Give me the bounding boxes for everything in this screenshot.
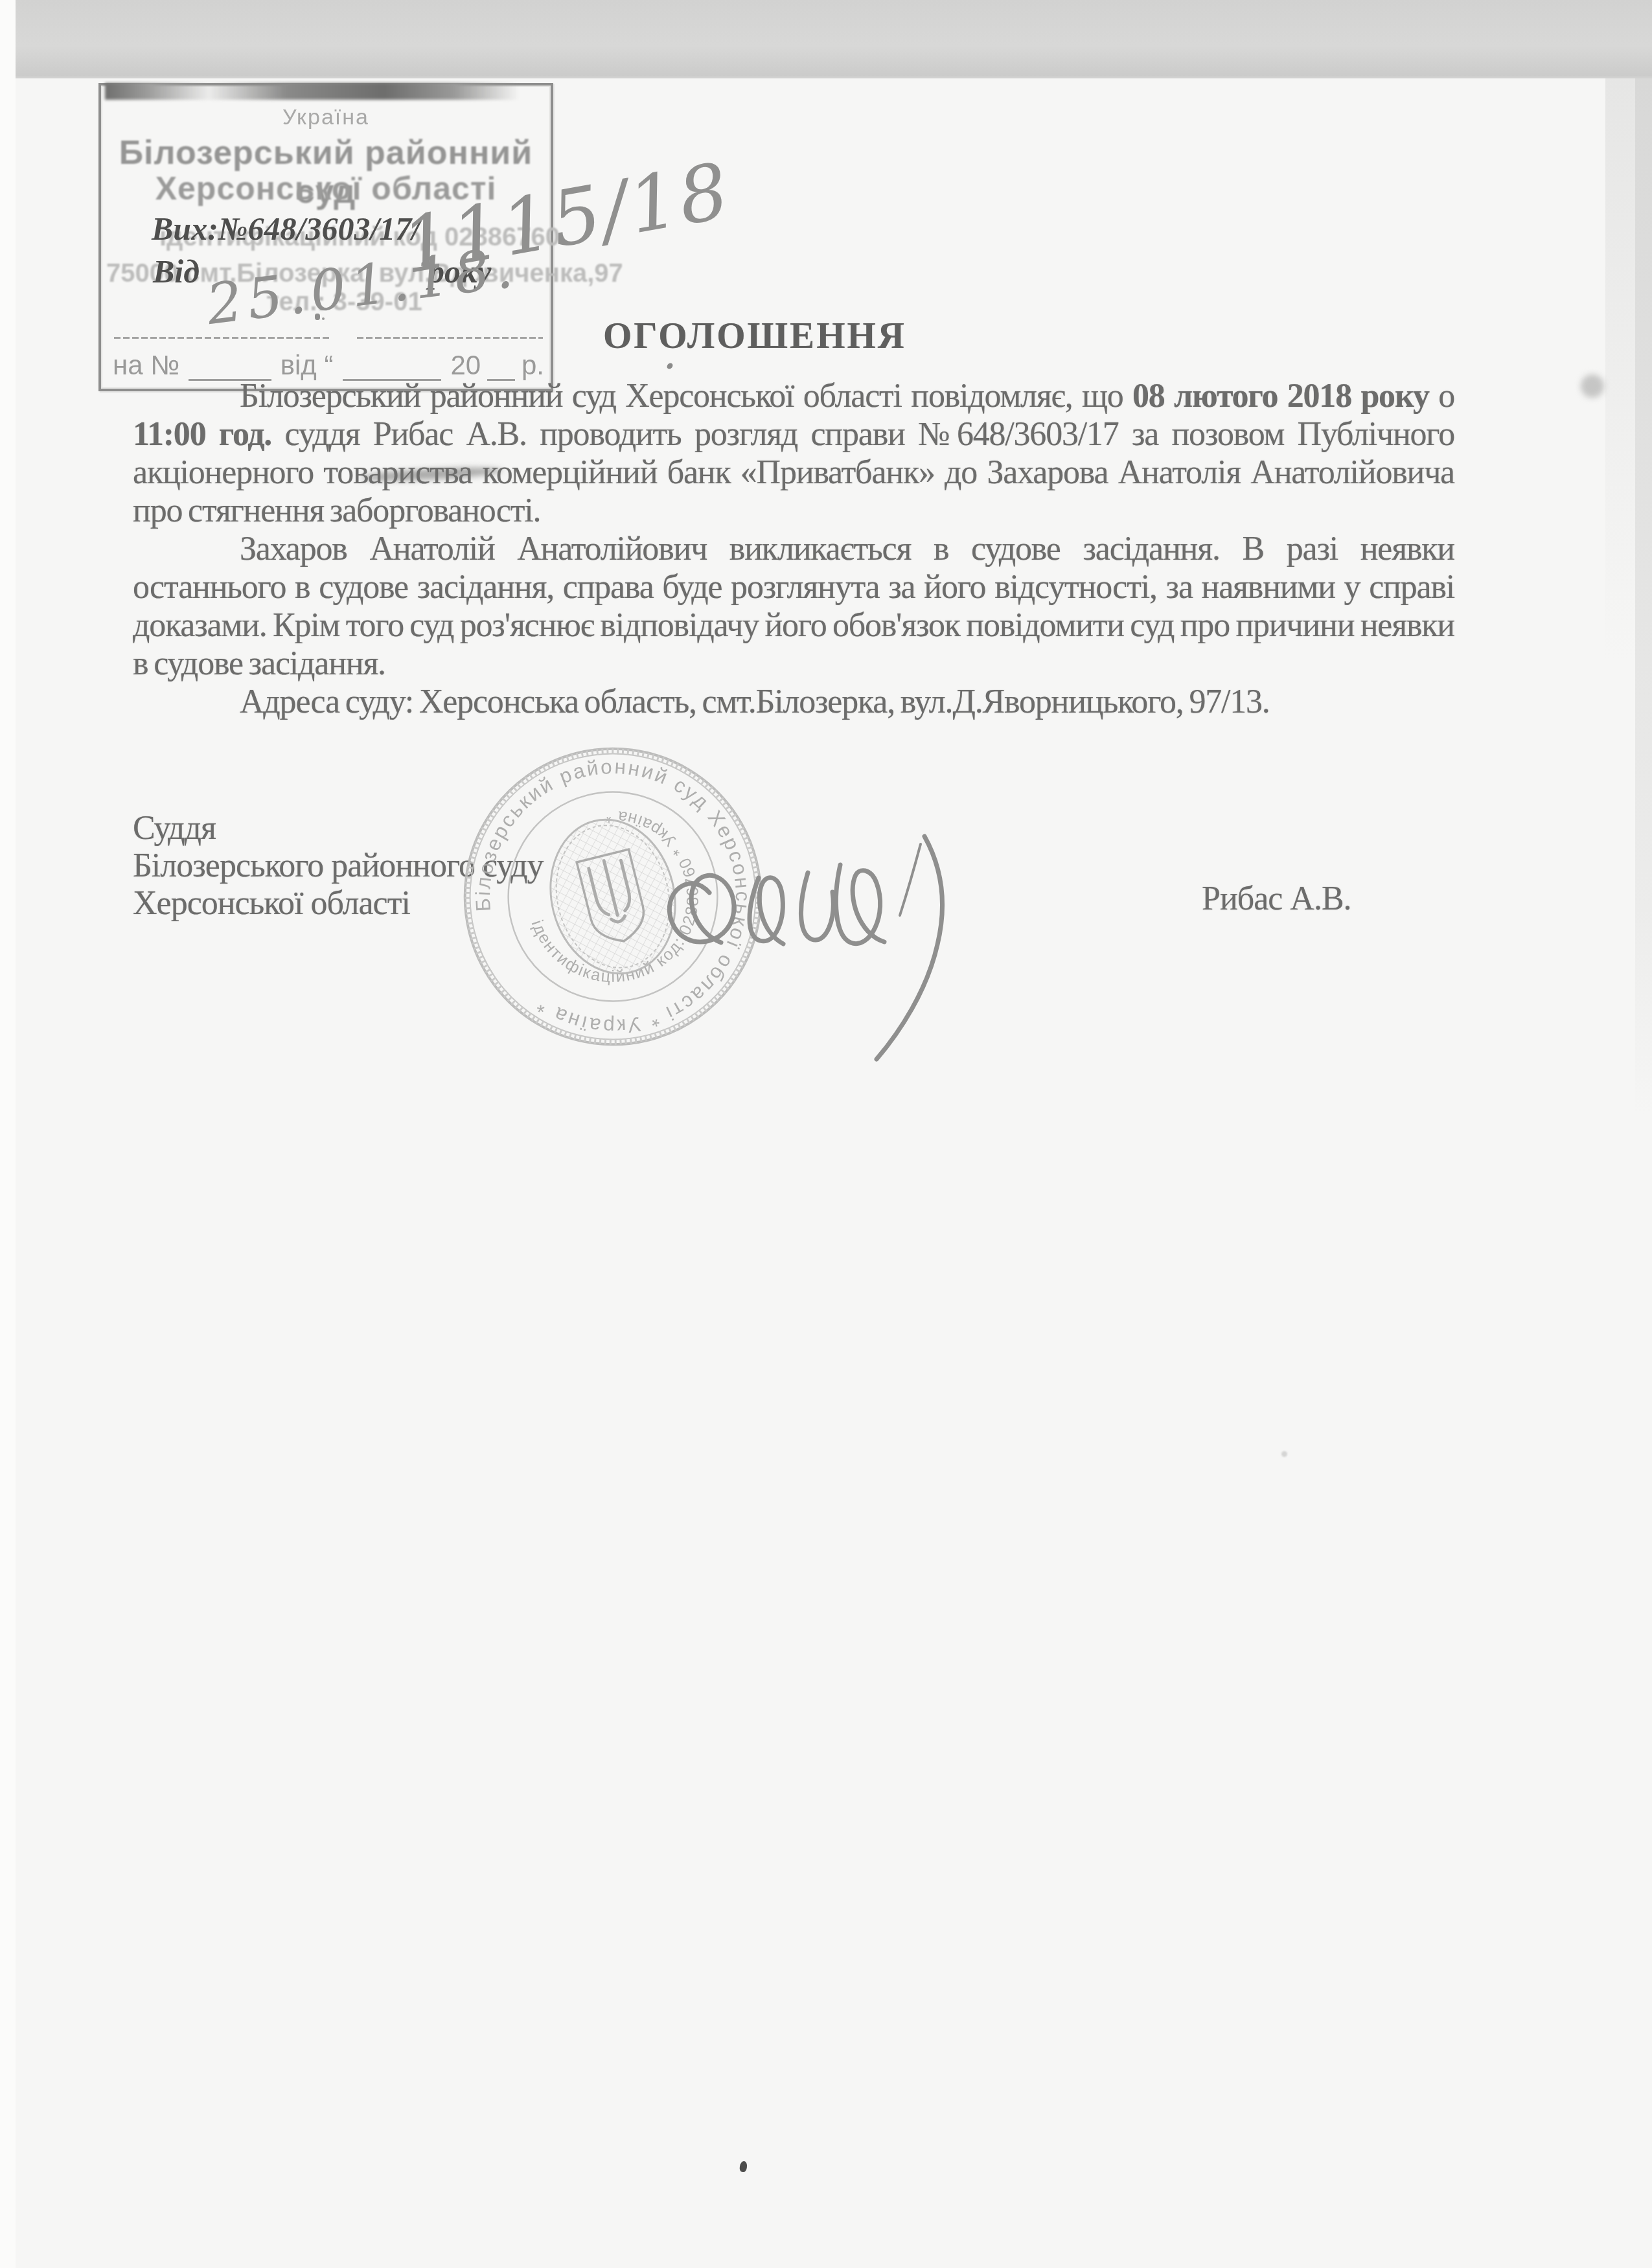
stamp-country-label: Україна — [101, 105, 551, 130]
paragraph-summons: Захаров Анатолій Анатолійович викликаєть… — [133, 530, 1454, 683]
judge-signature — [632, 805, 1007, 1077]
page-title: ОГОЛОШЕННЯ — [97, 315, 1412, 357]
scan-right-shadow — [1605, 78, 1635, 661]
scan-dust — [1281, 1451, 1287, 1457]
scan-right-edge — [1635, 78, 1652, 1115]
date-label: Від — [153, 253, 200, 290]
outgoing-number-label: Вих:№648/3603/17/ — [152, 210, 420, 247]
scan-smudge-spot — [1581, 374, 1604, 398]
bold-hearing-time: 11:00 год. — [133, 416, 271, 453]
paragraph-announcement: Білозерський районний суд Херсонської об… — [133, 377, 1454, 530]
paragraph-court-address: Адреса суду: Херсонська область, смт.Біл… — [133, 683, 1454, 721]
ink-speck — [739, 2160, 748, 2173]
judge-name: Рибас А.В. — [1202, 880, 1351, 918]
stamp-smudged-top-line — [105, 83, 518, 100]
document-body: Білозерський районний суд Херсонської об… — [133, 377, 1454, 721]
paper-top-edge-shadow — [16, 76, 1652, 78]
scan-top-band — [16, 0, 1652, 76]
scanned-court-document: Україна Білозерський районний суд Херсон… — [0, 0, 1652, 2268]
ink-speck — [666, 362, 674, 371]
scan-left-edge — [0, 0, 16, 2268]
bold-hearing-date: 08 лютого 2018 року — [1132, 378, 1429, 415]
